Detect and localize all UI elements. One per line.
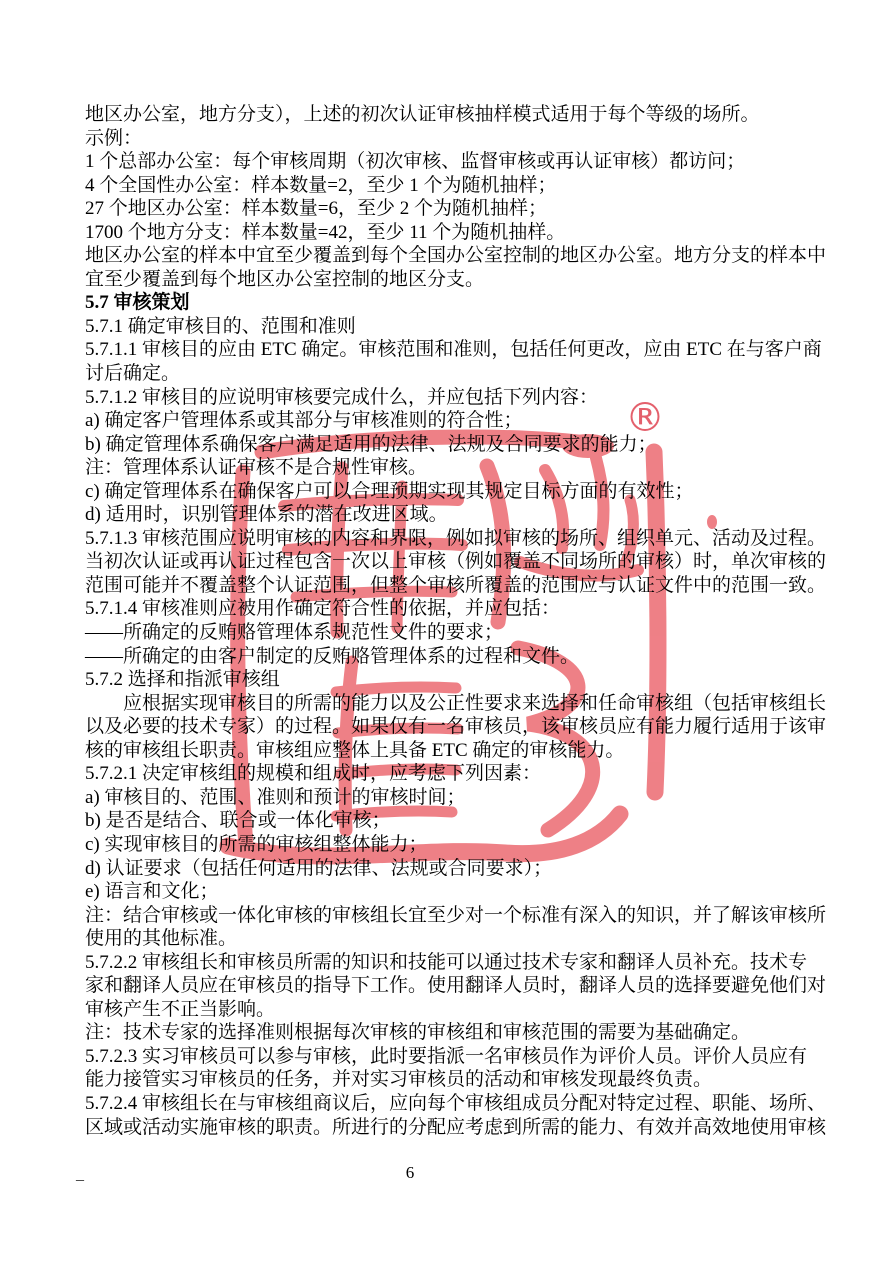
list-item: b) 是否是结合、联合或一体化审核； — [85, 809, 825, 833]
text-line: 5.7.2.1 决定审核组的规模和组成时，应考虑下列因素： — [85, 762, 825, 786]
text-line: 5.7.1.4 审核准则应被用作确定符合性的依据，并应包括： — [85, 597, 825, 621]
document-page: ® 地区办公室，地方分支），上述的初次认证审核抽样模式适用于每个等级的场所。 示… — [0, 0, 892, 1262]
text-line: 地区办公室，地方分支），上述的初次认证审核抽样模式适用于每个等级的场所。 — [85, 103, 825, 127]
text-line: 1700 个地方分支：样本数量=42，至少 11 个为随机抽样。 — [85, 221, 825, 245]
text-line: 示例： — [85, 127, 825, 151]
text-line: 能力接管实习审核员的任务，并对实习审核员的活动和审核发现最终负责。 — [85, 1068, 825, 1092]
text-line: 5.7.2.4 审核组长在与审核组商议后，应向每个审核组成员分配对特定过程、职能… — [85, 1092, 825, 1116]
section-heading: 5.7 审核策划 — [85, 291, 825, 315]
text-line: 5.7.2.2 审核组长和审核员所需的知识和技能可以通过技术专家和翻译人员补充。… — [85, 951, 825, 975]
note-line: 注：管理体系认证审核不是合规性审核。 — [85, 456, 825, 480]
section-subheading: 5.7.1 确定审核目的、范围和准则 — [85, 315, 825, 339]
list-item: a) 确定客户管理体系或其部分与审核准则的符合性； — [85, 409, 825, 433]
text-line: 27 个地区办公室：样本数量=6，至少 2 个为随机抽样； — [85, 197, 825, 221]
text-line: 以及必要的技术专家）的过程。如果仅有一名审核员，该审核员应有能力履行适用于该审 — [85, 715, 825, 739]
note-line: 注：结合审核或一体化审核的审核组长宜至少对一个标准有深入的知识，并了解该审核所 — [85, 904, 825, 928]
section-subheading: 5.7.2 选择和指派审核组 — [85, 668, 825, 692]
text-line: 5.7.1.1 审核目的应由 ETC 确定。审核范围和准则，包括任何更改，应由 … — [85, 338, 825, 362]
list-item: d) 适用时，识别管理体系的潜在改进区域。 — [85, 503, 825, 527]
list-item: c) 实现审核目的所需的审核组整体能力； — [85, 833, 825, 857]
text-line: 地区办公室的样本中宜至少覆盖到每个全国办公室控制的地区办公室。地方分支的样本中 — [85, 244, 825, 268]
text-line: 应根据实现审核目的所需的能力以及公正性要求来选择和任命审核组（包括审核组长 — [85, 692, 825, 716]
text-line: 家和翻译人员应在审核员的指导下工作。使用翻译人员时，翻译人员的选择要避免他们对 — [85, 974, 825, 998]
page-number: 6 — [0, 1163, 820, 1183]
text-line: 5.7.1.2 审核目的应说明审核要完成什么，并应包括下列内容： — [85, 386, 825, 410]
text-line: 1 个总部办公室：每个审核周期（初次审核、监督审核或再认证审核）都访问； — [85, 150, 825, 174]
list-item: a) 审核目的、范围、准则和预计的审核时间； — [85, 786, 825, 810]
list-item: b) 确定管理体系确保客户满足适用的法律、法规及合同要求的能力； — [85, 433, 825, 457]
text-line: 核的审核组长职责。审核组应整体上具备 ETC 确定的审核能力。 — [85, 739, 825, 763]
text-line: 5.7.1.3 审核范围应说明审核的内容和界限，例如拟审核的场所、组织单元、活动… — [85, 527, 825, 551]
text-line: 范围可能并不覆盖整个认证范围，但整个审核所覆盖的范围应与认证文件中的范围一致。 — [85, 574, 825, 598]
document-text-block: 地区办公室，地方分支），上述的初次认证审核抽样模式适用于每个等级的场所。 示例：… — [85, 103, 825, 1139]
text-line: 区域或活动实施审核的职责。所进行的分配应考虑到所需的能力、有效并高效地使用审核 — [85, 1116, 825, 1140]
list-item: c) 确定管理体系在确保客户可以合理预期实现其规定目标方面的有效性； — [85, 480, 825, 504]
text-line: 讨后确定。 — [85, 362, 825, 386]
dash-item: ——所确定的反贿赂管理体系规范性文件的要求； — [85, 621, 825, 645]
list-item: d) 认证要求（包括任何适用的法律、法规或合同要求）； — [85, 857, 825, 881]
dash-item: ——所确定的由客户制定的反贿赂管理体系的过程和文件。 — [85, 645, 825, 669]
note-line: 注：技术专家的选择准则根据每次审核的审核组和审核范围的需要为基础确定。 — [85, 1021, 825, 1045]
text-line: 审核产生不正当影响。 — [85, 998, 825, 1022]
list-item: e) 语言和文化； — [85, 880, 825, 904]
text-line: 当初次认证或再认证过程包含一次以上审核（例如覆盖不同场所的审核）时，单次审核的 — [85, 550, 825, 574]
note-line: 使用的其他标准。 — [85, 927, 825, 951]
text-line: 4 个全国性办公室：样本数量=2，至少 1 个为随机抽样； — [85, 174, 825, 198]
text-line: 宜至少覆盖到每个地区办公室控制的地区分支。 — [85, 268, 825, 292]
footer-underscore-mark: _ — [76, 1166, 84, 1184]
text-line: 5.7.2.3 实习审核员可以参与审核，此时要指派一名审核员作为评价人员。评价人… — [85, 1045, 825, 1069]
